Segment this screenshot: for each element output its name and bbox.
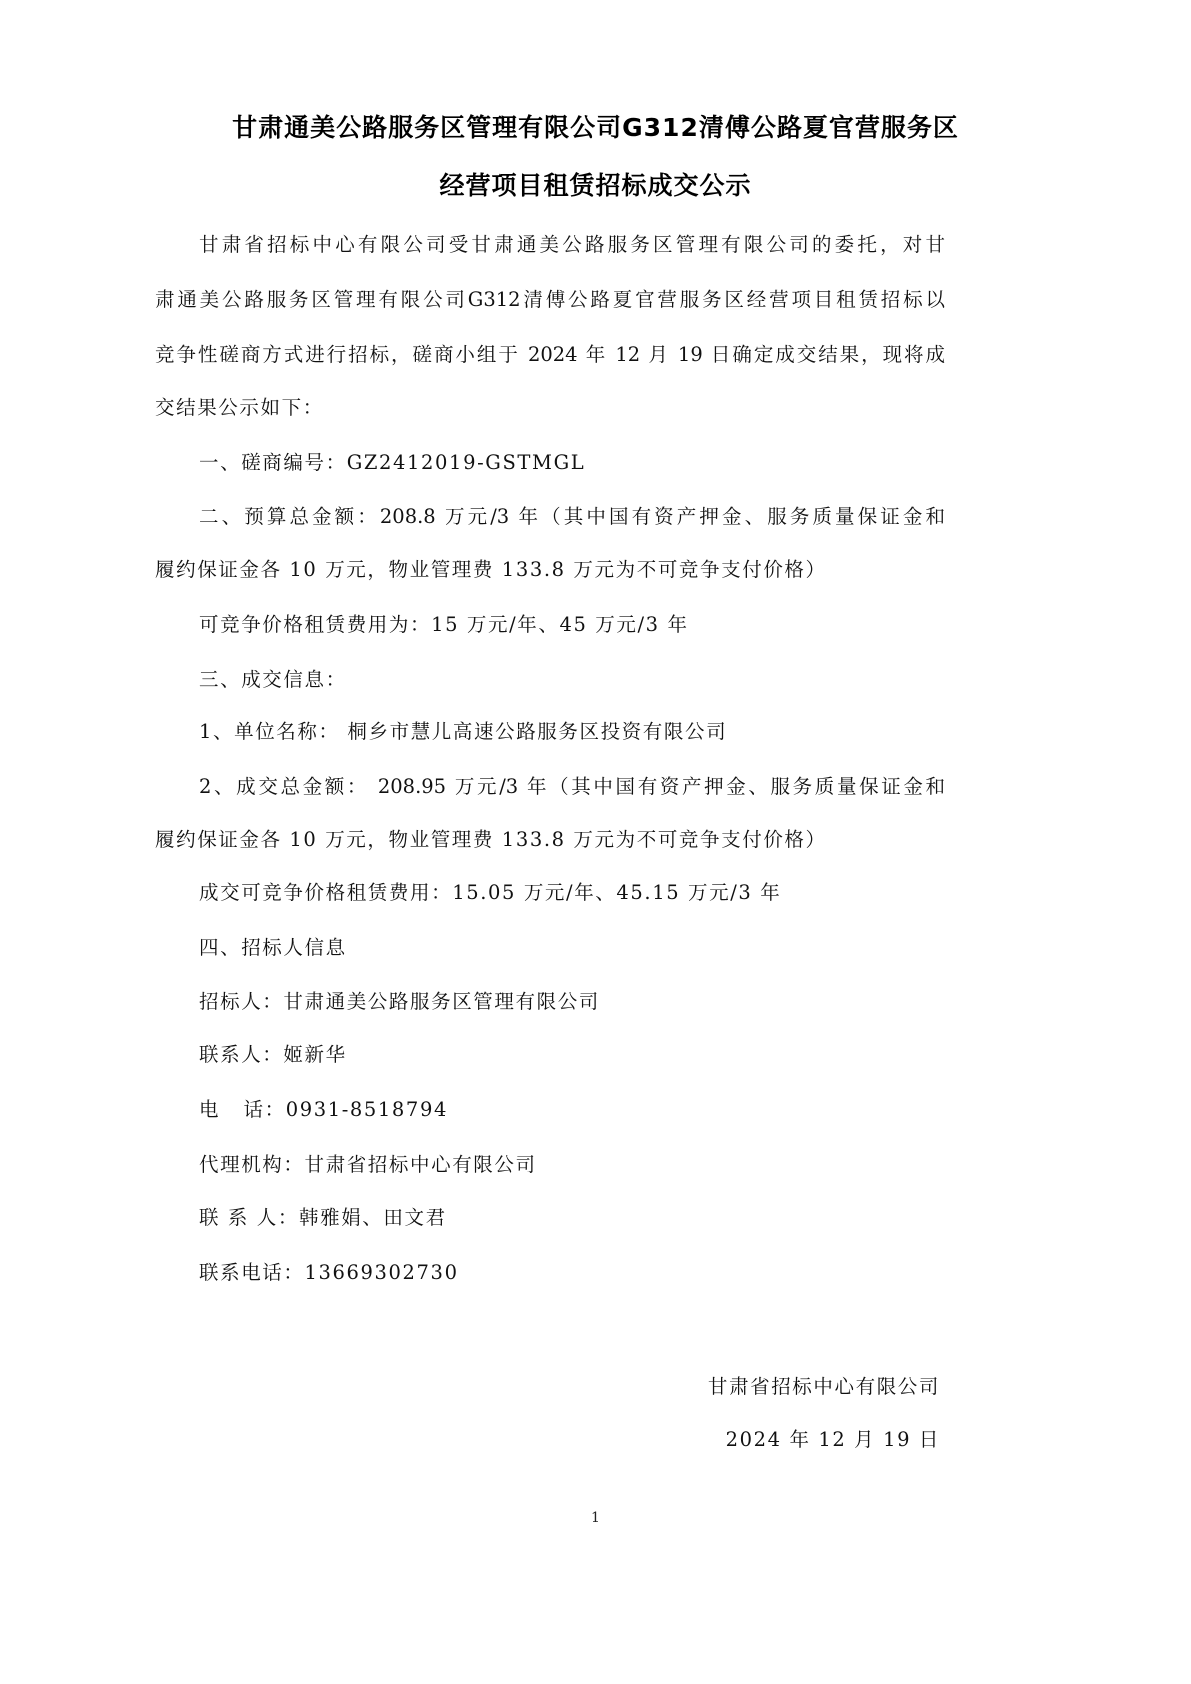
section-1-consultation-number: 一、磋商编号：GZ2412019-GSTMGL	[155, 448, 945, 478]
document-page: 甘肃通美公路服务区管理有限公司G312清傅公路夏官营服务区 经营项目租赁招标成交…	[0, 0, 1191, 1684]
intro-paragraph-line-3: 竞争性磋商方式进行招标，磋商小组于 2024 年 12 月 19 日确定成交结果…	[155, 340, 945, 370]
document-title-line-1: 甘肃通美公路服务区管理有限公司G312清傅公路夏官营服务区	[0, 108, 1191, 144]
tenderer-phone: 电 话：0931-8518794	[155, 1095, 945, 1125]
section-3-total-amount-line-1: 2、成交总金额： 208.95 万元/3 年（其中国有资产押金、服务质量保证金和	[155, 772, 945, 802]
agency-contact: 联 系 人：韩雅娟、田文君	[155, 1203, 945, 1233]
section-2-budget-line-2: 履约保证金各 10 万元，物业管理费 133.8 万元为不可竞争支付价格）	[155, 555, 945, 585]
signature-date: 2024 年 12 月 19 日	[726, 1425, 940, 1455]
section-3-total-amount-line-2: 履约保证金各 10 万元，物业管理费 133.8 万元为不可竞争支付价格）	[155, 825, 945, 855]
tenderer: 招标人：甘肃通美公路服务区管理有限公司	[155, 987, 945, 1017]
tenderer-contact: 联系人：姬新华	[155, 1040, 945, 1070]
page-number: 1	[0, 1510, 1191, 1526]
section-3-winning-rental-fee: 成交可竞争价格租赁费用：15.05 万元/年、45.15 万元/3 年	[155, 878, 945, 908]
intro-paragraph-line-2: 肃通美公路服务区管理有限公司G312清傅公路夏官营服务区经营项目租赁招标以	[155, 285, 945, 315]
document-title-line-2: 经营项目租赁招标成交公示	[0, 166, 1191, 202]
agency: 代理机构：甘肃省招标中心有限公司	[155, 1150, 945, 1180]
intro-paragraph-line-1: 甘肃省招标中心有限公司受甘肃通美公路服务区管理有限公司的委托，对甘	[155, 230, 945, 260]
section-4-heading: 四、招标人信息	[155, 933, 945, 963]
section-2-budget-line-1: 二、预算总金额：208.8 万元/3 年（其中国有资产押金、服务质量保证金和	[155, 502, 945, 532]
signature-org: 甘肃省招标中心有限公司	[708, 1372, 940, 1402]
agency-phone: 联系电话：13669302730	[155, 1258, 945, 1288]
section-3-winner-name: 1、单位名称： 桐乡市慧儿高速公路服务区投资有限公司	[155, 717, 945, 747]
intro-paragraph-line-4: 交结果公示如下：	[155, 393, 945, 423]
section-3-heading: 三、成交信息：	[155, 665, 945, 695]
section-2-competitive-price: 可竞争价格租赁费用为：15 万元/年、45 万元/3 年	[155, 610, 945, 640]
